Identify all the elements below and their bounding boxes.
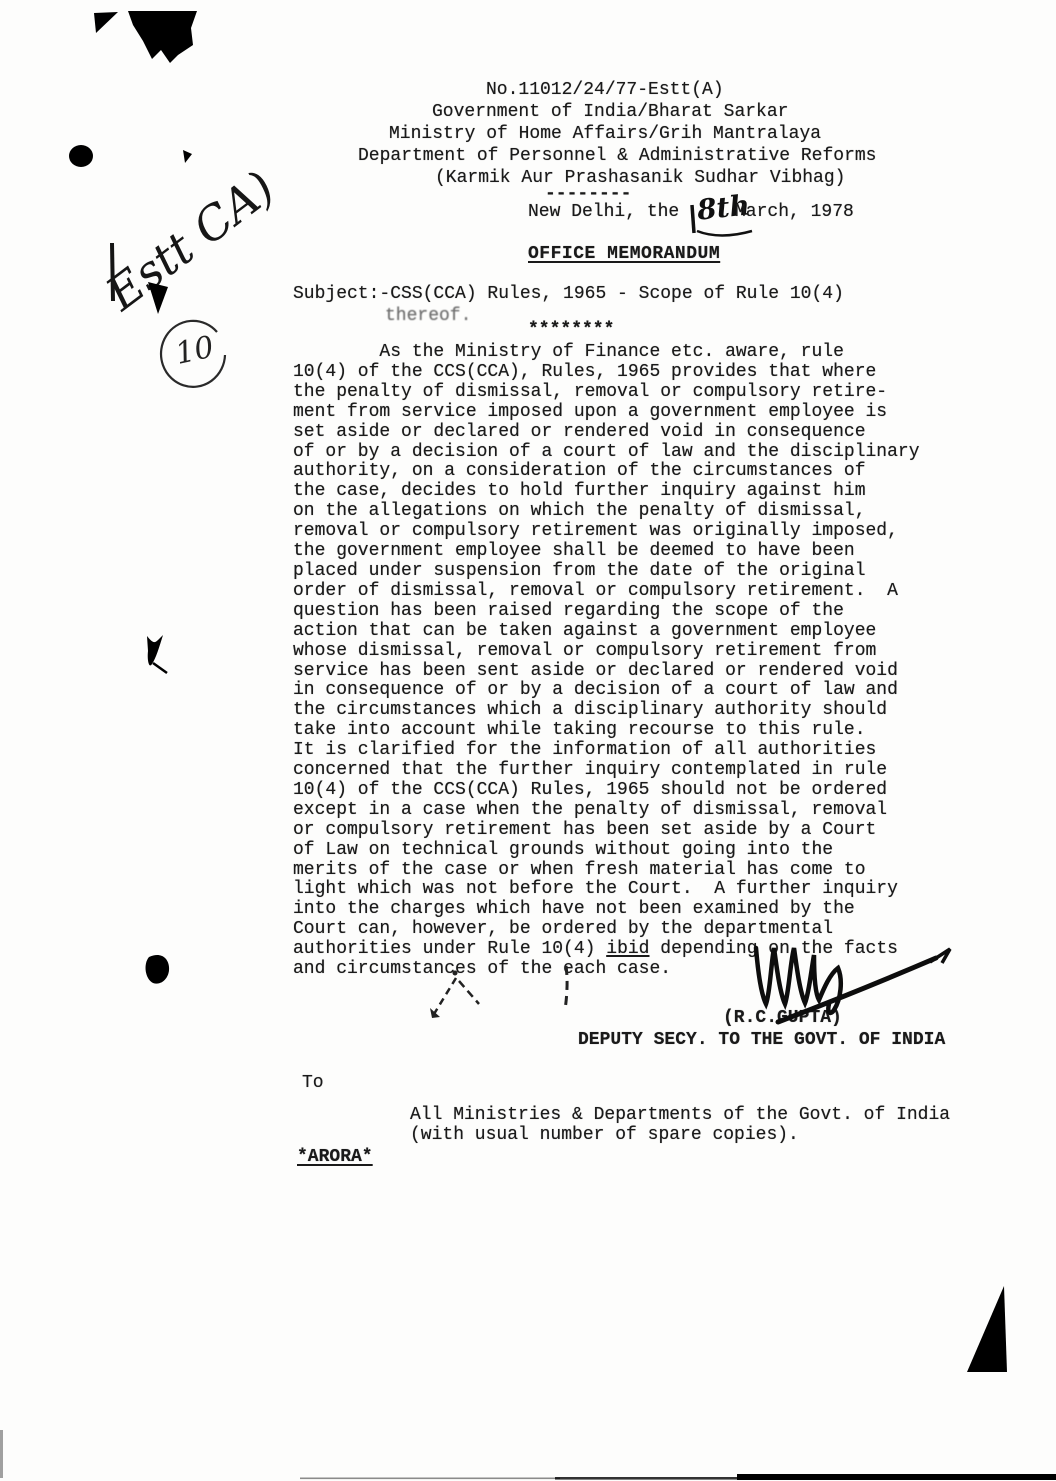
doodle-arrowhead (430, 1008, 440, 1018)
org-line-government: Government of India/Bharat Sarkar (432, 102, 788, 122)
doodle-caret-right-leg (459, 981, 479, 1004)
org-line-department: Department of Personnel & Administrative… (358, 146, 876, 166)
doodle-caret-left-leg (434, 978, 456, 1014)
signatory-name: (R.C.GUPTA) (723, 1008, 842, 1028)
body-line: authority, on a consideration of the cir… (293, 462, 920, 482)
org-line-hindi: (Karmik Aur Prashasanik Sudhar Vibhag) (435, 168, 845, 188)
scan-edge-mark-left (0, 1430, 3, 1478)
body-line: merits of the case or when fresh materia… (293, 861, 920, 881)
margin-number-handwriting: 10 (172, 330, 217, 372)
body-line: authorities under Rule 10(4) ibid depend… (293, 940, 920, 960)
dateline-suffix: March, 1978 (735, 202, 854, 222)
margin-note-bar (112, 243, 113, 301)
body-line: light which was not before the Court. A … (293, 880, 920, 900)
body-line: the penalty of dismissal, removal or com… (293, 383, 920, 403)
body-line: order of dismissal, removal or compulsor… (293, 582, 920, 602)
body-line: of Law on technical grounds without goin… (293, 841, 920, 861)
margin-ink-blot (148, 282, 168, 314)
corner-mark-top-left (94, 12, 118, 33)
body-line: and circumstances of the each case. (293, 960, 920, 980)
subject-line-2: thereof. (385, 306, 471, 326)
date-underline-curl (697, 231, 752, 236)
circle-around-number (161, 321, 225, 387)
margin-blot-mid (147, 635, 163, 665)
body-line: 10(4) of the CCS(CCA) Rules, 1965 should… (293, 781, 920, 801)
photocopy-blob-top-left (128, 11, 197, 63)
org-line-ministry: Ministry of Home Affairs/Grih Mantralaya (389, 124, 821, 144)
body-line: Court can, however, be ordered by the de… (293, 920, 920, 940)
body-line: into the charges which have not been exa… (293, 900, 920, 920)
scan-edge-line-faint (300, 1478, 560, 1480)
small-ink-speck (183, 150, 192, 163)
ref-number: No.11012/24/77-Estt(A) (486, 80, 724, 100)
body-line: concerned that the further inquiry conte… (293, 761, 920, 781)
dateline-prefix: New Delhi, the (528, 202, 679, 222)
asterisk-divider: ******** (528, 320, 614, 340)
signatory-designation: DEPUTY SECY. TO THE GOVT. OF INDIA (578, 1030, 945, 1050)
body-line: ment from service imposed upon a governm… (293, 403, 920, 423)
scanned-memo-page: No.11012/24/77-Estt(A) Government of Ind… (0, 0, 1056, 1481)
body-line: 10(4) of the CCS(CCA), Rules, 1965 provi… (293, 363, 920, 383)
body-line: or compulsory retirement has been set as… (293, 821, 920, 841)
body-line: take into account while taking recourse … (293, 721, 920, 741)
body-line: in consequence of or by a decision of a … (293, 681, 920, 701)
ink-dot (69, 145, 93, 167)
body-line: question has been raised regarding the s… (293, 602, 920, 622)
body-line: service has been sent aside or declared … (293, 662, 920, 682)
body-line: removal or compulsory retirement was ori… (293, 522, 920, 542)
memo-heading: OFFICE MEMORANDUM (528, 244, 720, 264)
dispatch-tag: *ARORA* (297, 1147, 373, 1167)
body-line: the case, decides to hold further inquir… (293, 482, 920, 502)
scan-edge-line-thick (737, 1474, 1056, 1480)
body-line: set aside or declared or rendered void i… (293, 423, 920, 443)
body-line: As the Ministry of Finance etc. aware, r… (293, 343, 920, 363)
body-line: the government employee shall be deemed … (293, 542, 920, 562)
addressee-line-2: (with usual number of spare copies). (410, 1125, 799, 1145)
body-line: It is clarified for the information of a… (293, 741, 920, 761)
body-line: action that can be taken against a gover… (293, 622, 920, 642)
body-line: the circumstances which a disciplinary a… (293, 701, 920, 721)
body-line: on the allegations on which the penalty … (293, 502, 920, 522)
date-bar-left (692, 205, 694, 233)
margin-blot-lower (146, 955, 170, 984)
corner-triangle-bottom-right (967, 1286, 1007, 1372)
margin-blot-tail (153, 663, 167, 673)
body-line: whose dismissal, removal or compulsory r… (293, 642, 920, 662)
subject-line-1: Subject:-CSS(CCA) Rules, 1965 - Scope of… (293, 284, 844, 304)
addressee-line-1: All Ministries & Departments of the Govt… (410, 1105, 950, 1125)
scan-edge-line-mid (555, 1477, 765, 1480)
body-line: except in a case when the penalty of dis… (293, 801, 920, 821)
margin-note-handwriting: Estt CA) (95, 160, 284, 321)
body-line: of or by a decision of a court of law an… (293, 443, 920, 463)
to-label: To (302, 1073, 324, 1093)
separator-dashes: -------- (545, 184, 631, 204)
memo-body: As the Ministry of Finance etc. aware, r… (293, 343, 920, 980)
signature-flourish-tip (930, 949, 950, 963)
body-line: placed under suspension from the date of… (293, 562, 920, 582)
